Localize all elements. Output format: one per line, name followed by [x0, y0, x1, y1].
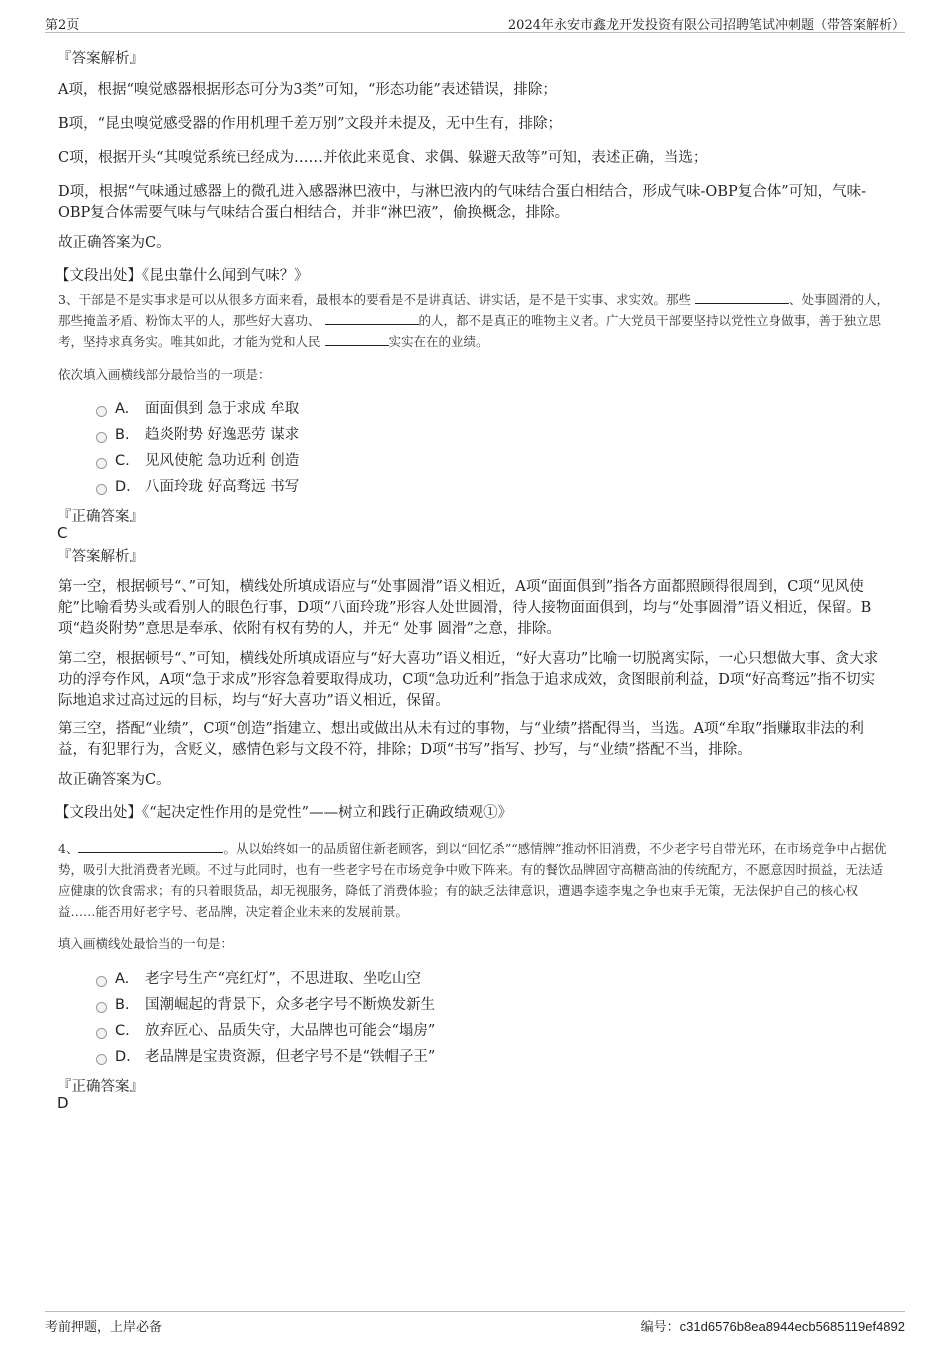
analysis-paragraph: A项，根据“嗅觉感器根据形态可分为3类”可知，“形态功能”表述错误，排除； [58, 80, 888, 101]
analysis-paragraph: D项，根据“气味通过感器上的微孔进入感器淋巴液中，与淋巴液内的气味结合蛋白相结合… [58, 182, 888, 224]
correct-answer: C [57, 524, 67, 542]
fill-blank-3 [325, 331, 389, 346]
analysis-paragraph: C项，根据开头“其嗅觉系统已经成为……并依此来觅食、求偶、躲避天敌等”可知，表述… [58, 148, 888, 169]
option-text: 老品牌是宝贵资源，但老字号不是“铁帽子王” [145, 1049, 435, 1065]
question-number: 4、 [58, 841, 78, 856]
correct-answer-statement: 故正确答案为C。 [58, 770, 888, 791]
page-header: 第2页 2024年永安市鑫龙开发投资有限公司招聘笔试冲刺题（带答案解析） [45, 10, 905, 33]
option-letter: D. [115, 1045, 145, 1069]
option-d[interactable]: D.老品牌是宝贵资源，但老字号不是“铁帽子王” [96, 1045, 435, 1069]
radio-button[interactable] [96, 1002, 107, 1013]
radio-button[interactable] [96, 976, 107, 987]
page-footer: 考前押题，上岸必备 编号：c31d6576b8ea8944ecb5685119e… [45, 1311, 905, 1336]
stem-text: 3、干部是不是实事求是可以从很多方面来看，最根本的要看是不是讲真话、讲实话，是不… [58, 292, 691, 307]
fill-blank-1 [695, 289, 789, 304]
radio-button[interactable] [96, 432, 107, 443]
correct-answer-label: 『正确答案』 [57, 1075, 144, 1096]
serial-number: 编号：c31d6576b8ea8944ecb5685119ef4892 [641, 1316, 905, 1335]
option-letter: A. [115, 967, 145, 991]
analysis-paragraph: B项，“昆虫嗅觉感受器的作用机理千差万别”文段并未提及，无中生有，排除； [58, 114, 888, 135]
option-b[interactable]: B.国潮崛起的背景下，众多老字号不断焕发新生 [96, 993, 435, 1017]
option-b[interactable]: B.趋炎附势 好逸恶劳 谋求 [96, 423, 299, 447]
document-title: 2024年永安市鑫龙开发投资有限公司招聘笔试冲刺题（带答案解析） [508, 14, 905, 33]
radio-button[interactable] [96, 1054, 107, 1065]
question-3-prompt: 依次填入画横线部分最恰当的一项是： [58, 364, 893, 385]
option-text: 国潮崛起的背景下，众多老字号不断焕发新生 [145, 997, 435, 1013]
option-a[interactable]: A.老字号生产“亮红灯”，不思进取、坐吃山空 [96, 967, 421, 991]
question-4-stem: 4、。从以始终如一的品质留住新老顾客，到以“回忆杀”“感情牌”推动怀旧消费，不少… [58, 838, 893, 922]
option-letter: C. [115, 449, 145, 473]
analysis-label: 『答案解析』 [57, 47, 144, 68]
radio-button[interactable] [96, 406, 107, 417]
radio-button[interactable] [96, 458, 107, 469]
analysis-paragraph: 第三空，搭配“业绩”，C项“创造”指建立、想出或做出从未有过的事物，与“业绩”搭… [58, 719, 888, 761]
option-letter: B. [115, 993, 145, 1017]
option-c[interactable]: C.放弃匠心、品质失守，大品牌也可能会“塌房” [96, 1019, 435, 1043]
option-letter: B. [115, 423, 145, 447]
option-d[interactable]: D.八面玲珑 好高骛远 书写 [96, 475, 299, 499]
radio-button[interactable] [96, 484, 107, 495]
correct-answer-statement: 故正确答案为C。 [58, 233, 888, 254]
analysis-paragraph: 第一空，根据顿号“、”可知，横线处所填成语应与“处事圆滑”语义相近，A项“面面俱… [58, 577, 888, 640]
question-4-prompt: 填入画横线处最恰当的一句是： [58, 933, 893, 954]
fill-blank [78, 838, 223, 853]
analysis-paragraph: 第二空，根据顿号“、”可知，横线处所填成语应与“好大喜功”语义相近，“好大喜功”… [58, 649, 888, 712]
passage-source: 【文段出处】《昆虫靠什么闻到气味？》 [55, 266, 885, 287]
option-c[interactable]: C.见风使舵 急功近利 创造 [96, 449, 299, 473]
radio-button[interactable] [96, 1028, 107, 1039]
correct-answer-label: 『正确答案』 [57, 505, 144, 526]
correct-answer: D [57, 1094, 69, 1112]
option-text: 八面玲珑 好高骛远 书写 [145, 479, 299, 495]
option-text: 趋炎附势 好逸恶劳 谋求 [145, 427, 299, 443]
stem-text: 实实在在的业绩。 [389, 334, 489, 349]
option-letter: A. [115, 397, 145, 421]
passage-source: 【文段出处】《“起决定性作用的是党性”——树立和践行正确政绩观①》 [55, 803, 885, 824]
option-text: 老字号生产“亮红灯”，不思进取、坐吃山空 [145, 971, 421, 987]
analysis-label: 『答案解析』 [57, 545, 144, 566]
page-number: 第2页 [45, 14, 79, 33]
option-a[interactable]: A.面面俱到 急于求成 牟取 [96, 397, 299, 421]
option-text: 面面俱到 急于求成 牟取 [145, 401, 299, 417]
question-3-stem: 3、干部是不是实事求是可以从很多方面来看，最根本的要看是不是讲真话、讲实话，是不… [58, 289, 893, 352]
option-letter: D. [115, 475, 145, 499]
footer-slogan: 考前押题，上岸必备 [45, 1316, 162, 1335]
option-letter: C. [115, 1019, 145, 1043]
fill-blank-2 [325, 310, 419, 325]
option-text: 见风使舵 急功近利 创造 [145, 453, 299, 469]
option-text: 放弃匠心、品质失守，大品牌也可能会“塌房” [145, 1023, 435, 1039]
